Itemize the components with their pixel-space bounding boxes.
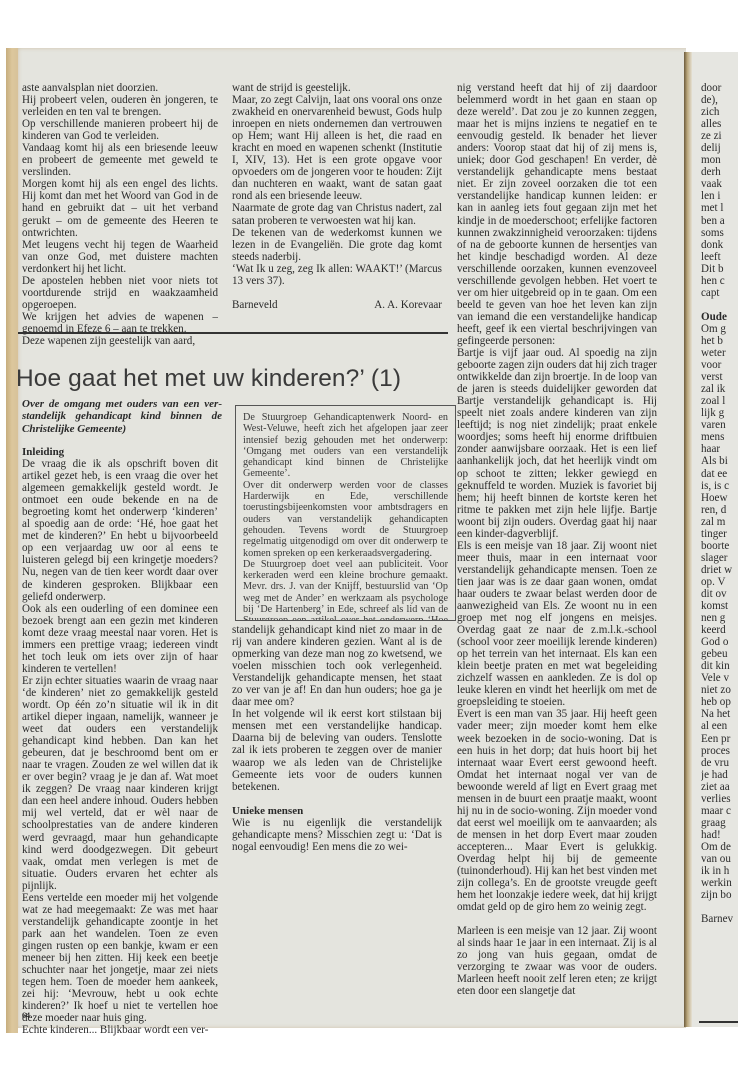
paragraph: Eens vertelde een moeder mij het volgend… bbox=[22, 892, 218, 1025]
book-gutter bbox=[684, 52, 692, 1027]
paragraph: Marleen is een meisje van 12 jaar. Zij w… bbox=[457, 925, 657, 997]
text-line-fragment: heb op bbox=[701, 696, 738, 708]
text-line-fragment: dit ov bbox=[701, 588, 738, 600]
text-line-fragment: ik in h bbox=[701, 865, 738, 877]
text-line-fragment: soms bbox=[701, 227, 738, 239]
text-line-fragment: derh bbox=[701, 166, 738, 178]
paragraph: Morgen komt hij als een engel des lichts… bbox=[22, 178, 218, 238]
text-line-fragment: zich bbox=[701, 106, 738, 118]
text-line-fragment: Om de bbox=[701, 841, 738, 853]
paragraph: Hij probeert velen, ouderen èn jongeren,… bbox=[22, 94, 218, 118]
text-line-fragment: dit kin bbox=[701, 660, 738, 672]
text-line-fragment: mon bbox=[701, 154, 738, 166]
paragraph: Over dit onderwerp werden voor de classe… bbox=[243, 480, 448, 559]
text-line-fragment: capt bbox=[701, 287, 738, 299]
text-line-fragment: nen g bbox=[701, 612, 738, 624]
article-column-3: nig verstand heeft dat hij of zij daardo… bbox=[457, 82, 657, 998]
paragraph: In het volgende wil ik eerst kort stilst… bbox=[232, 708, 442, 792]
text-line-fragment: dat ee bbox=[701, 468, 738, 480]
paragraph: ‘Wat Ik u zeg, zeg Ik allen: WAAKT!’ (Ma… bbox=[232, 263, 442, 287]
text-line-fragment: had! bbox=[701, 829, 738, 841]
text-line-fragment: Na het bbox=[701, 708, 738, 720]
text-line-fragment: niet zo bbox=[701, 684, 738, 696]
article-subtitle: Over de omgang met ouders van een ver-st… bbox=[22, 398, 222, 435]
text-line-fragment: zal m bbox=[701, 516, 738, 528]
section-heading: Unieke mensen bbox=[232, 805, 442, 817]
text-line-fragment: Vele v bbox=[701, 672, 738, 684]
text-line-fragment: Barnev bbox=[701, 913, 738, 925]
text-line-fragment: zoal l bbox=[701, 395, 738, 407]
text-line-fragment: keerd bbox=[701, 624, 738, 636]
paragraph: De apostelen hebben niet voor niets tot … bbox=[22, 275, 218, 311]
text-line-fragment: mens bbox=[701, 431, 738, 443]
text-line-fragment: gebeu bbox=[701, 648, 738, 660]
text-line-fragment bbox=[701, 901, 738, 913]
text-line-fragment: weter bbox=[701, 347, 738, 359]
text-line-fragment: graag bbox=[701, 817, 738, 829]
text-line-fragment: tinger bbox=[701, 528, 738, 540]
text-line-fragment: Als bi bbox=[701, 455, 738, 467]
signature-place: Barneveld bbox=[232, 299, 278, 311]
text-line-fragment: ren, d bbox=[701, 504, 738, 516]
paragraph: want de strijd is geestelijk. bbox=[232, 82, 442, 94]
paragraph: Deze wapenen zijn geestelijk van aard, bbox=[22, 335, 218, 347]
paragraph: nig verstand heeft dat hij of zij daardo… bbox=[457, 82, 657, 347]
text-line-fragment: zal ik bbox=[701, 383, 738, 395]
text-line-fragment: God o bbox=[701, 636, 738, 648]
page-number: 64 bbox=[22, 1011, 30, 1020]
paragraph: Naarmate de grote dag van Christus nader… bbox=[232, 202, 442, 226]
text-line-fragment: boorte bbox=[701, 540, 738, 552]
text-line-fragment: vaak bbox=[701, 178, 738, 190]
article-column-1: Inleiding De vraag die ik als opschrift … bbox=[22, 446, 218, 1036]
text-line-fragment bbox=[701, 299, 738, 311]
paragraph: De vraag die ik als opschrift boven dit … bbox=[22, 458, 218, 603]
paragraph: Maar, zo zegt Calvijn, laat ons vooral o… bbox=[232, 94, 442, 202]
text-line-fragment: ben a bbox=[701, 215, 738, 227]
text-line-fragment: van ou bbox=[701, 853, 738, 865]
text-line-fragment: zijn bo bbox=[701, 889, 738, 901]
text-line-fragment: varen bbox=[701, 419, 738, 431]
boxed-note: De Stuurgroep Gehandicaptenwerk Noord- e… bbox=[235, 405, 456, 621]
text-line-fragment: verst bbox=[701, 371, 738, 383]
text-line-fragment: Hoew bbox=[701, 492, 738, 504]
text-line-fragment: de), bbox=[701, 94, 738, 106]
text-line-fragment: het b bbox=[701, 335, 738, 347]
text-line-fragment: met l bbox=[701, 202, 738, 214]
text-line-fragment: haar bbox=[701, 443, 738, 455]
page-edge bbox=[6, 48, 18, 1033]
paragraph: Op verschillende manieren probeert hij d… bbox=[22, 118, 218, 142]
text-line-fragment: is, is c bbox=[701, 480, 738, 492]
text-line-fragment: lijk g bbox=[701, 407, 738, 419]
text-line-fragment: Oude bbox=[701, 311, 738, 323]
paragraph: Els is een meisje van 18 jaar. Zij woont… bbox=[457, 540, 657, 709]
text-line-fragment: de vru bbox=[701, 757, 738, 769]
paragraph: Echte kinderen... Blijkbaar wordt een ve… bbox=[22, 1024, 218, 1036]
signature-author: A. A. Korevaar bbox=[374, 299, 442, 311]
text-line-fragment: maar c bbox=[701, 805, 738, 817]
text-line-fragment: voor bbox=[701, 359, 738, 371]
text-line-fragment: Om g bbox=[701, 323, 738, 335]
text-line-fragment: werkin bbox=[701, 877, 738, 889]
article-divider bbox=[18, 332, 448, 334]
paragraph: Evert is een man van 35 jaar. Hij heeft … bbox=[457, 708, 657, 913]
text-line-fragment: leeft bbox=[701, 251, 738, 263]
text-line-fragment: proces bbox=[701, 745, 738, 757]
paragraph: Wie is nu eigenlijk die verstandelijk ge… bbox=[232, 817, 442, 853]
paragraph: Er zijn echter situaties waarin de vraag… bbox=[22, 675, 218, 892]
paragraph: Bartje is vijf jaar oud. Al spoedig na z… bbox=[457, 347, 657, 540]
text-line-fragment: len i bbox=[701, 190, 738, 202]
text-line-fragment: verlies bbox=[701, 793, 738, 805]
paragraph: Ook als een ouderling of een dominee een… bbox=[22, 603, 218, 675]
paragraph: Vandaag komt hij als een briesende leeuw… bbox=[22, 142, 218, 178]
paragraph: aste aanvalsplan niet doorzien. bbox=[22, 82, 218, 94]
previous-article-column-1: aste aanvalsplan niet doorzien. Hij prob… bbox=[22, 82, 218, 347]
paragraph: De Stuurgroep doet veel aan publiciteit.… bbox=[243, 559, 448, 621]
signature: Barneveld A. A. Korevaar bbox=[232, 299, 442, 311]
text-line-fragment: je had bbox=[701, 769, 738, 781]
text-line-fragment: donk bbox=[701, 239, 738, 251]
text-line-fragment: Een pr bbox=[701, 733, 738, 745]
right-page-column-fragment: doorde),zichallesze zidelijmonderhvaakle… bbox=[701, 82, 738, 925]
section-heading: Inleiding bbox=[22, 446, 218, 458]
text-line-fragment: delij bbox=[701, 142, 738, 154]
text-line-fragment: op. V bbox=[701, 576, 738, 588]
text-line-fragment: ze zi bbox=[701, 130, 738, 142]
text-line-fragment: komst bbox=[701, 600, 738, 612]
text-line-fragment: alles bbox=[701, 118, 738, 130]
article-column-2: standelijk gehandicapt kind niet zo maar… bbox=[232, 624, 442, 853]
paragraph: De Stuurgroep Gehandicaptenwerk Noord- e… bbox=[243, 412, 448, 480]
text-line-fragment: door bbox=[701, 82, 738, 94]
right-page-rule bbox=[699, 1021, 738, 1023]
previous-article-column-2: want de strijd is geestelijk. Maar, zo z… bbox=[232, 82, 442, 311]
paragraph: De tekenen van de wederkomst kunnen we l… bbox=[232, 227, 442, 263]
text-line-fragment: driet w bbox=[701, 564, 738, 576]
text-line-fragment: slager bbox=[701, 552, 738, 564]
text-line-fragment: ziet aa bbox=[701, 781, 738, 793]
text-line-fragment: al een bbox=[701, 720, 738, 732]
article-headline: Hoe gaat het met uw kinderen?’ (1) bbox=[16, 365, 456, 393]
paragraph: standelijk gehandicapt kind niet zo maar… bbox=[232, 624, 442, 708]
text-line-fragment: Dit b bbox=[701, 263, 738, 275]
paragraph: Met leugens vecht hij tegen de Waarheid … bbox=[22, 239, 218, 275]
text-line-fragment: hen c bbox=[701, 275, 738, 287]
